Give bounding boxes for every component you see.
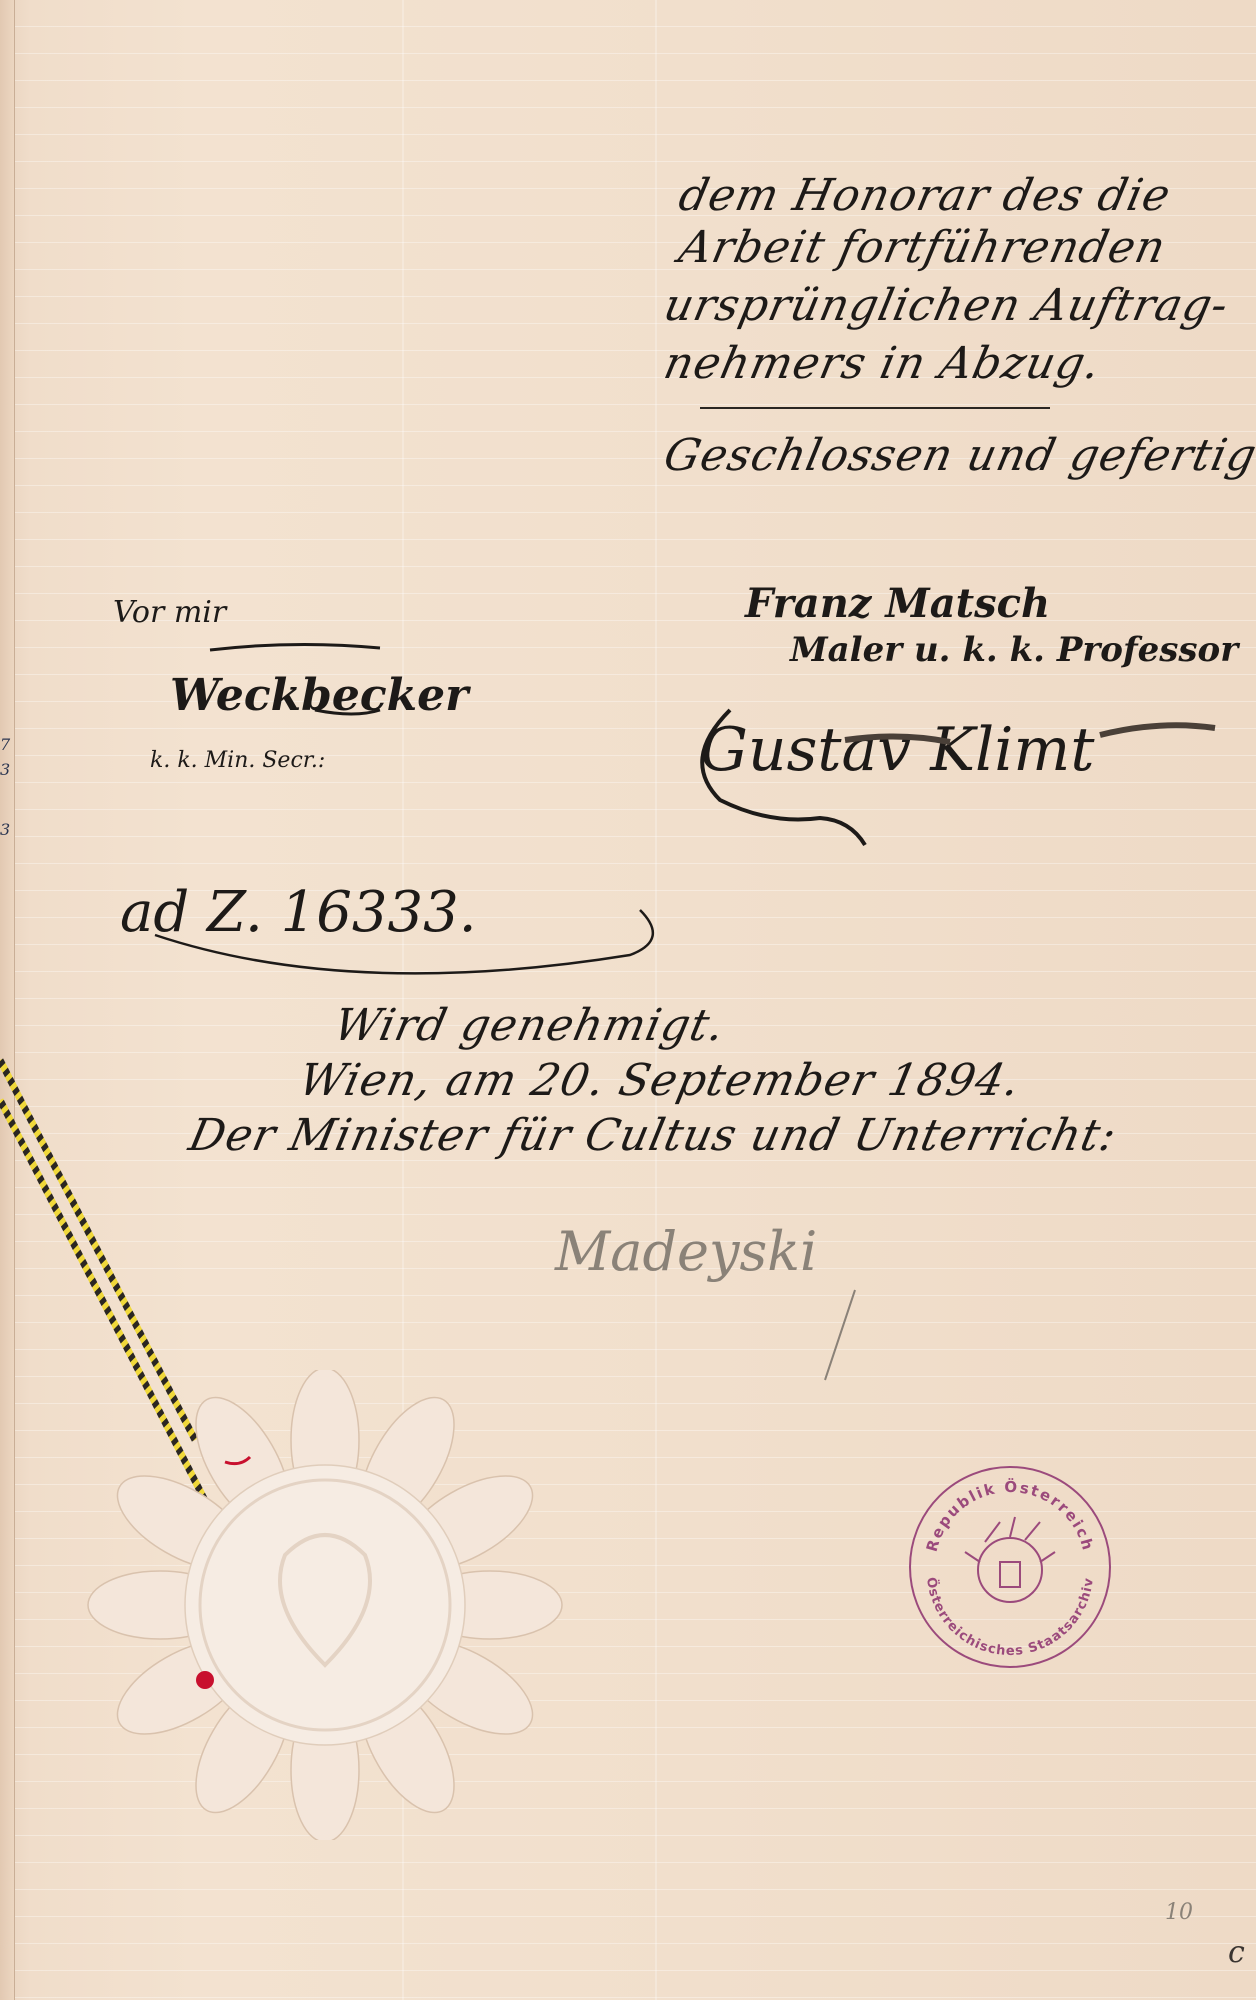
margin-mark: 3 xyxy=(0,820,10,839)
contract-line: ursprünglichen Auftrag- xyxy=(660,280,1234,331)
contract-line: nehmers in Abzug. xyxy=(660,338,1106,389)
signature-matsch: Franz Matsch xyxy=(745,580,1050,627)
divider-line xyxy=(700,407,1050,409)
signature-matsch-title: Maler u. k. k. Professor xyxy=(790,630,1238,670)
witness-prefix: Vor mir xyxy=(113,595,226,630)
signature-flourish xyxy=(205,640,385,720)
margin-mark: 3 xyxy=(0,760,10,779)
binding-edge xyxy=(0,0,15,2000)
closing-line: Geschlossen und gefertigt. xyxy=(660,430,1256,481)
signature-tail xyxy=(820,1285,860,1385)
eagle-emblem-icon xyxy=(965,1517,1055,1602)
paper-seal xyxy=(85,1370,565,1840)
contract-line: dem Honorar des die xyxy=(675,170,1176,221)
reference-underline xyxy=(150,900,670,980)
archive-stamp: Republik Österreich Österreichisches Sta… xyxy=(905,1462,1115,1672)
corner-mark: c xyxy=(1228,1935,1245,1970)
margin-mark: 7 xyxy=(0,735,10,754)
document-page: 7 3 3 dem Honorar des die Arbeit fortfüh… xyxy=(0,0,1256,2000)
folio-number: 10 xyxy=(1165,1900,1193,1925)
witness-title: k. k. Min. Secr.: xyxy=(150,748,325,773)
minister-signature: Madeyski xyxy=(555,1220,817,1283)
contract-line: Arbeit fortführenden xyxy=(675,222,1171,273)
klimt-flourish xyxy=(690,700,1250,850)
